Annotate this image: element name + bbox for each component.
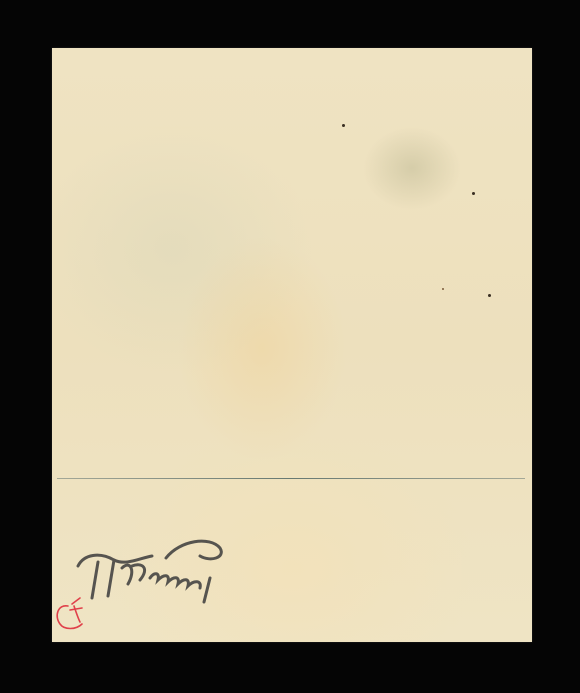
red-guarantee-mark-icon xyxy=(52,596,92,636)
paper-speck xyxy=(442,288,444,290)
expertizer-signature xyxy=(70,538,230,608)
paper-speck xyxy=(342,124,345,127)
paper-speck xyxy=(472,192,475,195)
stamp-back xyxy=(52,48,532,642)
paper-speck xyxy=(488,294,491,297)
horizontal-rule-line xyxy=(57,478,525,479)
